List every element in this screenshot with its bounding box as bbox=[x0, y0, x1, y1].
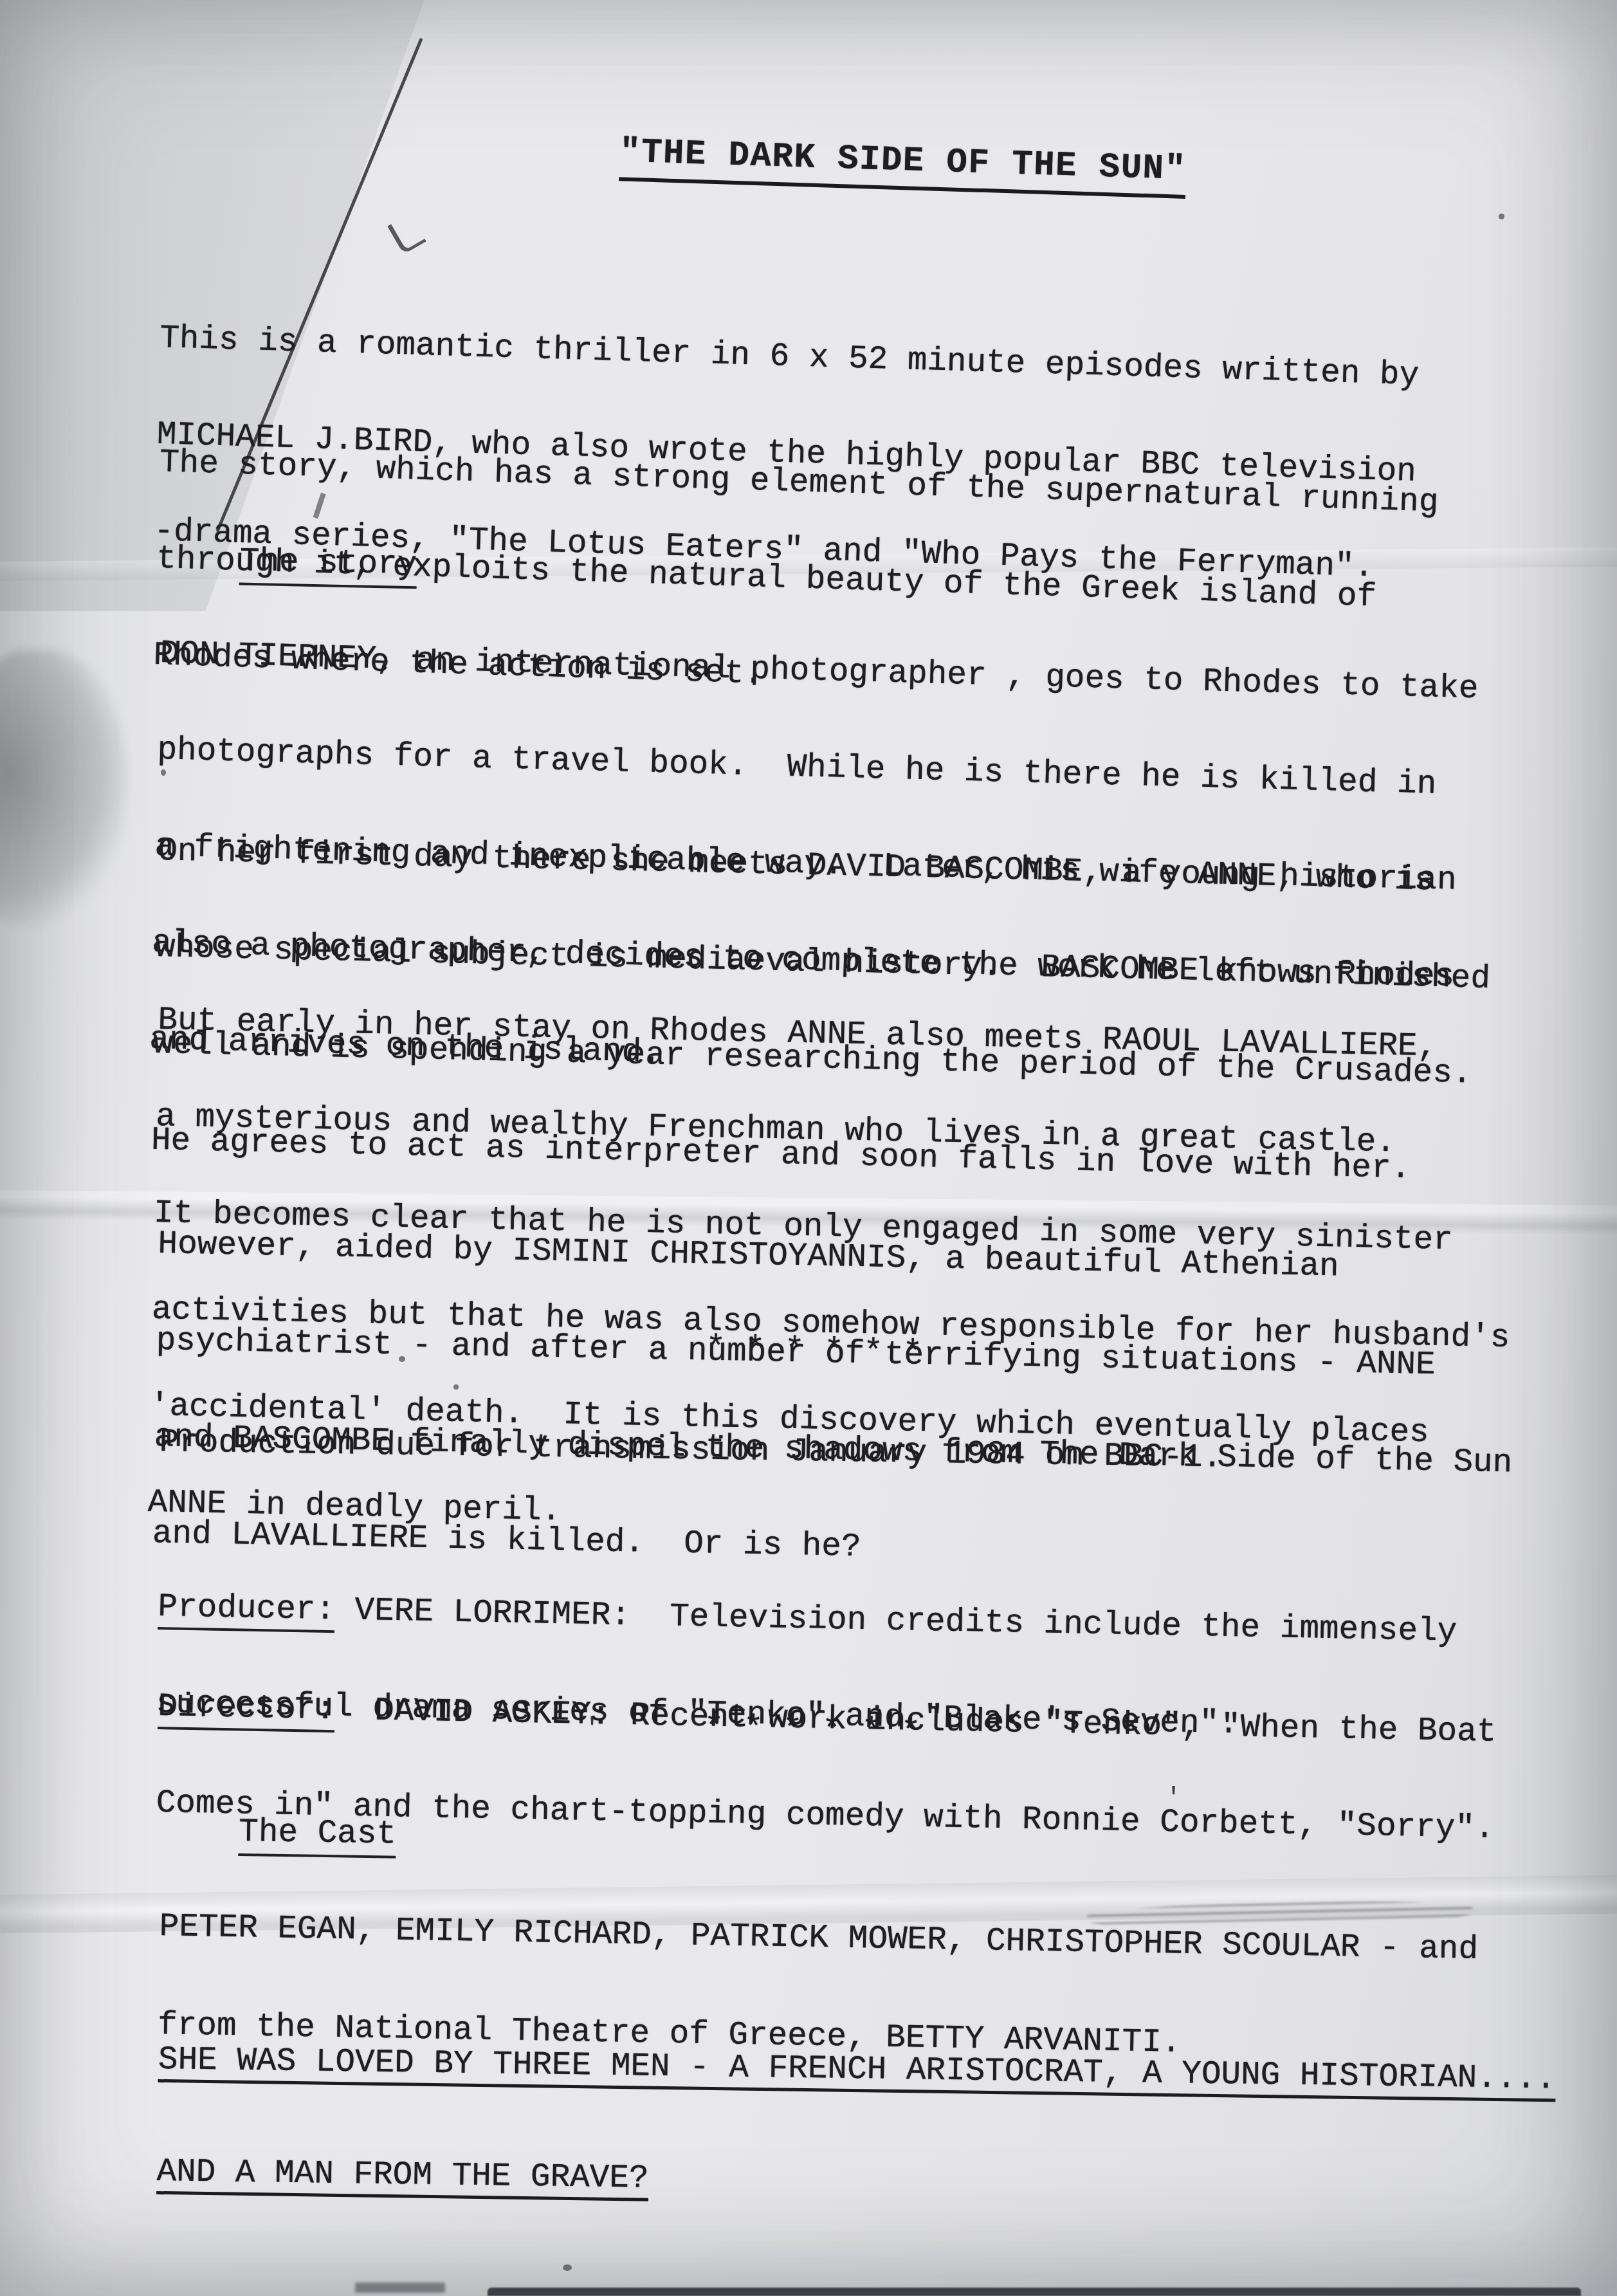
document-title-text: "THE DARK SIDE OF THE SUN" bbox=[619, 133, 1187, 199]
text-line: PETER EGAN, EMILY RICHARD, PATRICK MOWER… bbox=[159, 1911, 1478, 1967]
left-edge-shadow-blob bbox=[0, 650, 129, 926]
document-title: "THE DARK SIDE OF THE SUN" bbox=[531, 102, 1187, 219]
star-separator: * * * * * * bbox=[706, 1333, 923, 1370]
text-line: On her first day there she meets DAVID B… bbox=[158, 836, 1477, 898]
tagline-paragraph: SHE WAS LOVED BY THREE MEN - A FRENCH AR… bbox=[156, 1967, 1557, 2285]
text-line: DON TIERNEY, an international photograph… bbox=[160, 638, 1499, 706]
text-line: a mysterious and wealthy Frenchman who l… bbox=[156, 1101, 1514, 1162]
tagline-line: SHE WAS LOVED BY THREE MEN - A FRENCH AR… bbox=[158, 2042, 1557, 2102]
star-separator: * * * * * * bbox=[704, 1713, 921, 1749]
paper-speck bbox=[1499, 214, 1504, 219]
text-line: However, aided by ISMINI CHRISTOYANNIS, … bbox=[158, 1229, 1516, 1287]
text-line: But early in her stay on Rhodes ANNE als… bbox=[158, 1005, 1516, 1065]
text-line: This is a romantic thriller in 6 x 52 mi… bbox=[160, 323, 1420, 392]
text-line: The story, which has a strong element of… bbox=[159, 447, 1439, 519]
scanned-typescript-page: ' ' "THE DARK SIDE OF THE SUN" This is a… bbox=[0, 0, 1617, 2296]
bottom-edge-smudge bbox=[355, 2282, 445, 2293]
tagline-line: AND A MAN FROM THE GRAVE? bbox=[156, 2154, 649, 2201]
producer-label: Producer: bbox=[158, 1589, 336, 1633]
bottom-edge-dark-strip bbox=[488, 2288, 1581, 2296]
staple-mark bbox=[387, 213, 426, 255]
director-label: Director: bbox=[158, 1689, 336, 1732]
